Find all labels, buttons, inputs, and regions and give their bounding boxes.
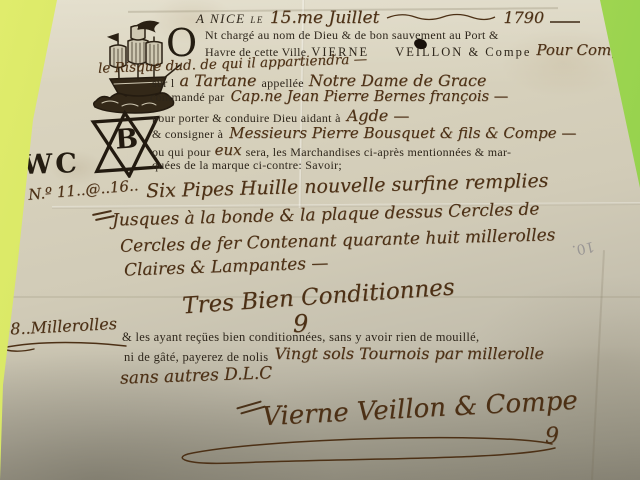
preamble-line-7: & consigner à Messieurs Pierre Bousquet … <box>152 124 576 142</box>
line8-printed-b: sera, les Marchandises ci-après mentionn… <box>246 145 512 159</box>
footer-printed-2: ni de gâté, payerez de nolis <box>124 350 268 364</box>
footer-printed-1: & les ayant reçües bien conditionnées, s… <box>122 330 479 344</box>
header-line: A NICE le 15.me Juillet 1790 <box>196 8 580 28</box>
destination: Agde — <box>347 106 410 125</box>
bill-of-lading-paper: A NICE le 15.me Juillet 1790 <box>0 0 640 480</box>
photographed-document: A NICE le 15.me Juillet 1790 <box>0 0 640 480</box>
date-handwritten: 15.me Juillet <box>270 8 380 28</box>
vessel-type: a Tartane <box>180 71 257 90</box>
signature-underline-flourish <box>172 430 567 470</box>
dropcap-initial: O <box>166 24 197 62</box>
squiggle-dash <box>385 11 497 23</box>
year: 1790 <box>503 8 544 27</box>
quantity-swash <box>0 334 130 356</box>
consignee-printed: & consigner à <box>152 127 223 141</box>
place-date-printed: A NICE le <box>196 11 264 27</box>
vessel-name: Notre Dame de Grace <box>309 71 487 90</box>
vessel-printed-a: sur l <box>152 76 175 90</box>
vessel-printed-b: appellée <box>261 76 303 90</box>
captain-name: Cap.ne Jean Pierre Bernes françois — <box>231 89 509 105</box>
captain-printed: commandé par <box>150 90 225 104</box>
footer-line-2: ni de gâté, payerez de nolis Vingt sols … <box>124 346 544 365</box>
destination-printed: pour porter & conduire Dieu aidant à <box>152 111 341 125</box>
preamble-line-5: commandé par Cap.ne Jean Pierre Bernes f… <box>150 89 508 105</box>
preamble-line-9: quées de la marque ci-contre: Savoir; <box>152 158 342 172</box>
dash <box>550 21 580 23</box>
line8-handwritten: eux <box>215 141 242 159</box>
line8-printed-a: ou qui pour <box>152 145 211 159</box>
owner-initials-mark: WC <box>21 148 80 181</box>
preamble-line-1: Nt chargé au nom de Dieu & de bon sauvem… <box>205 28 499 42</box>
freight-rate: Vingt sols Tournois par millerolle <box>274 344 544 363</box>
consignee: Messieurs Pierre Bousquet & fils & Compe… <box>229 124 576 142</box>
